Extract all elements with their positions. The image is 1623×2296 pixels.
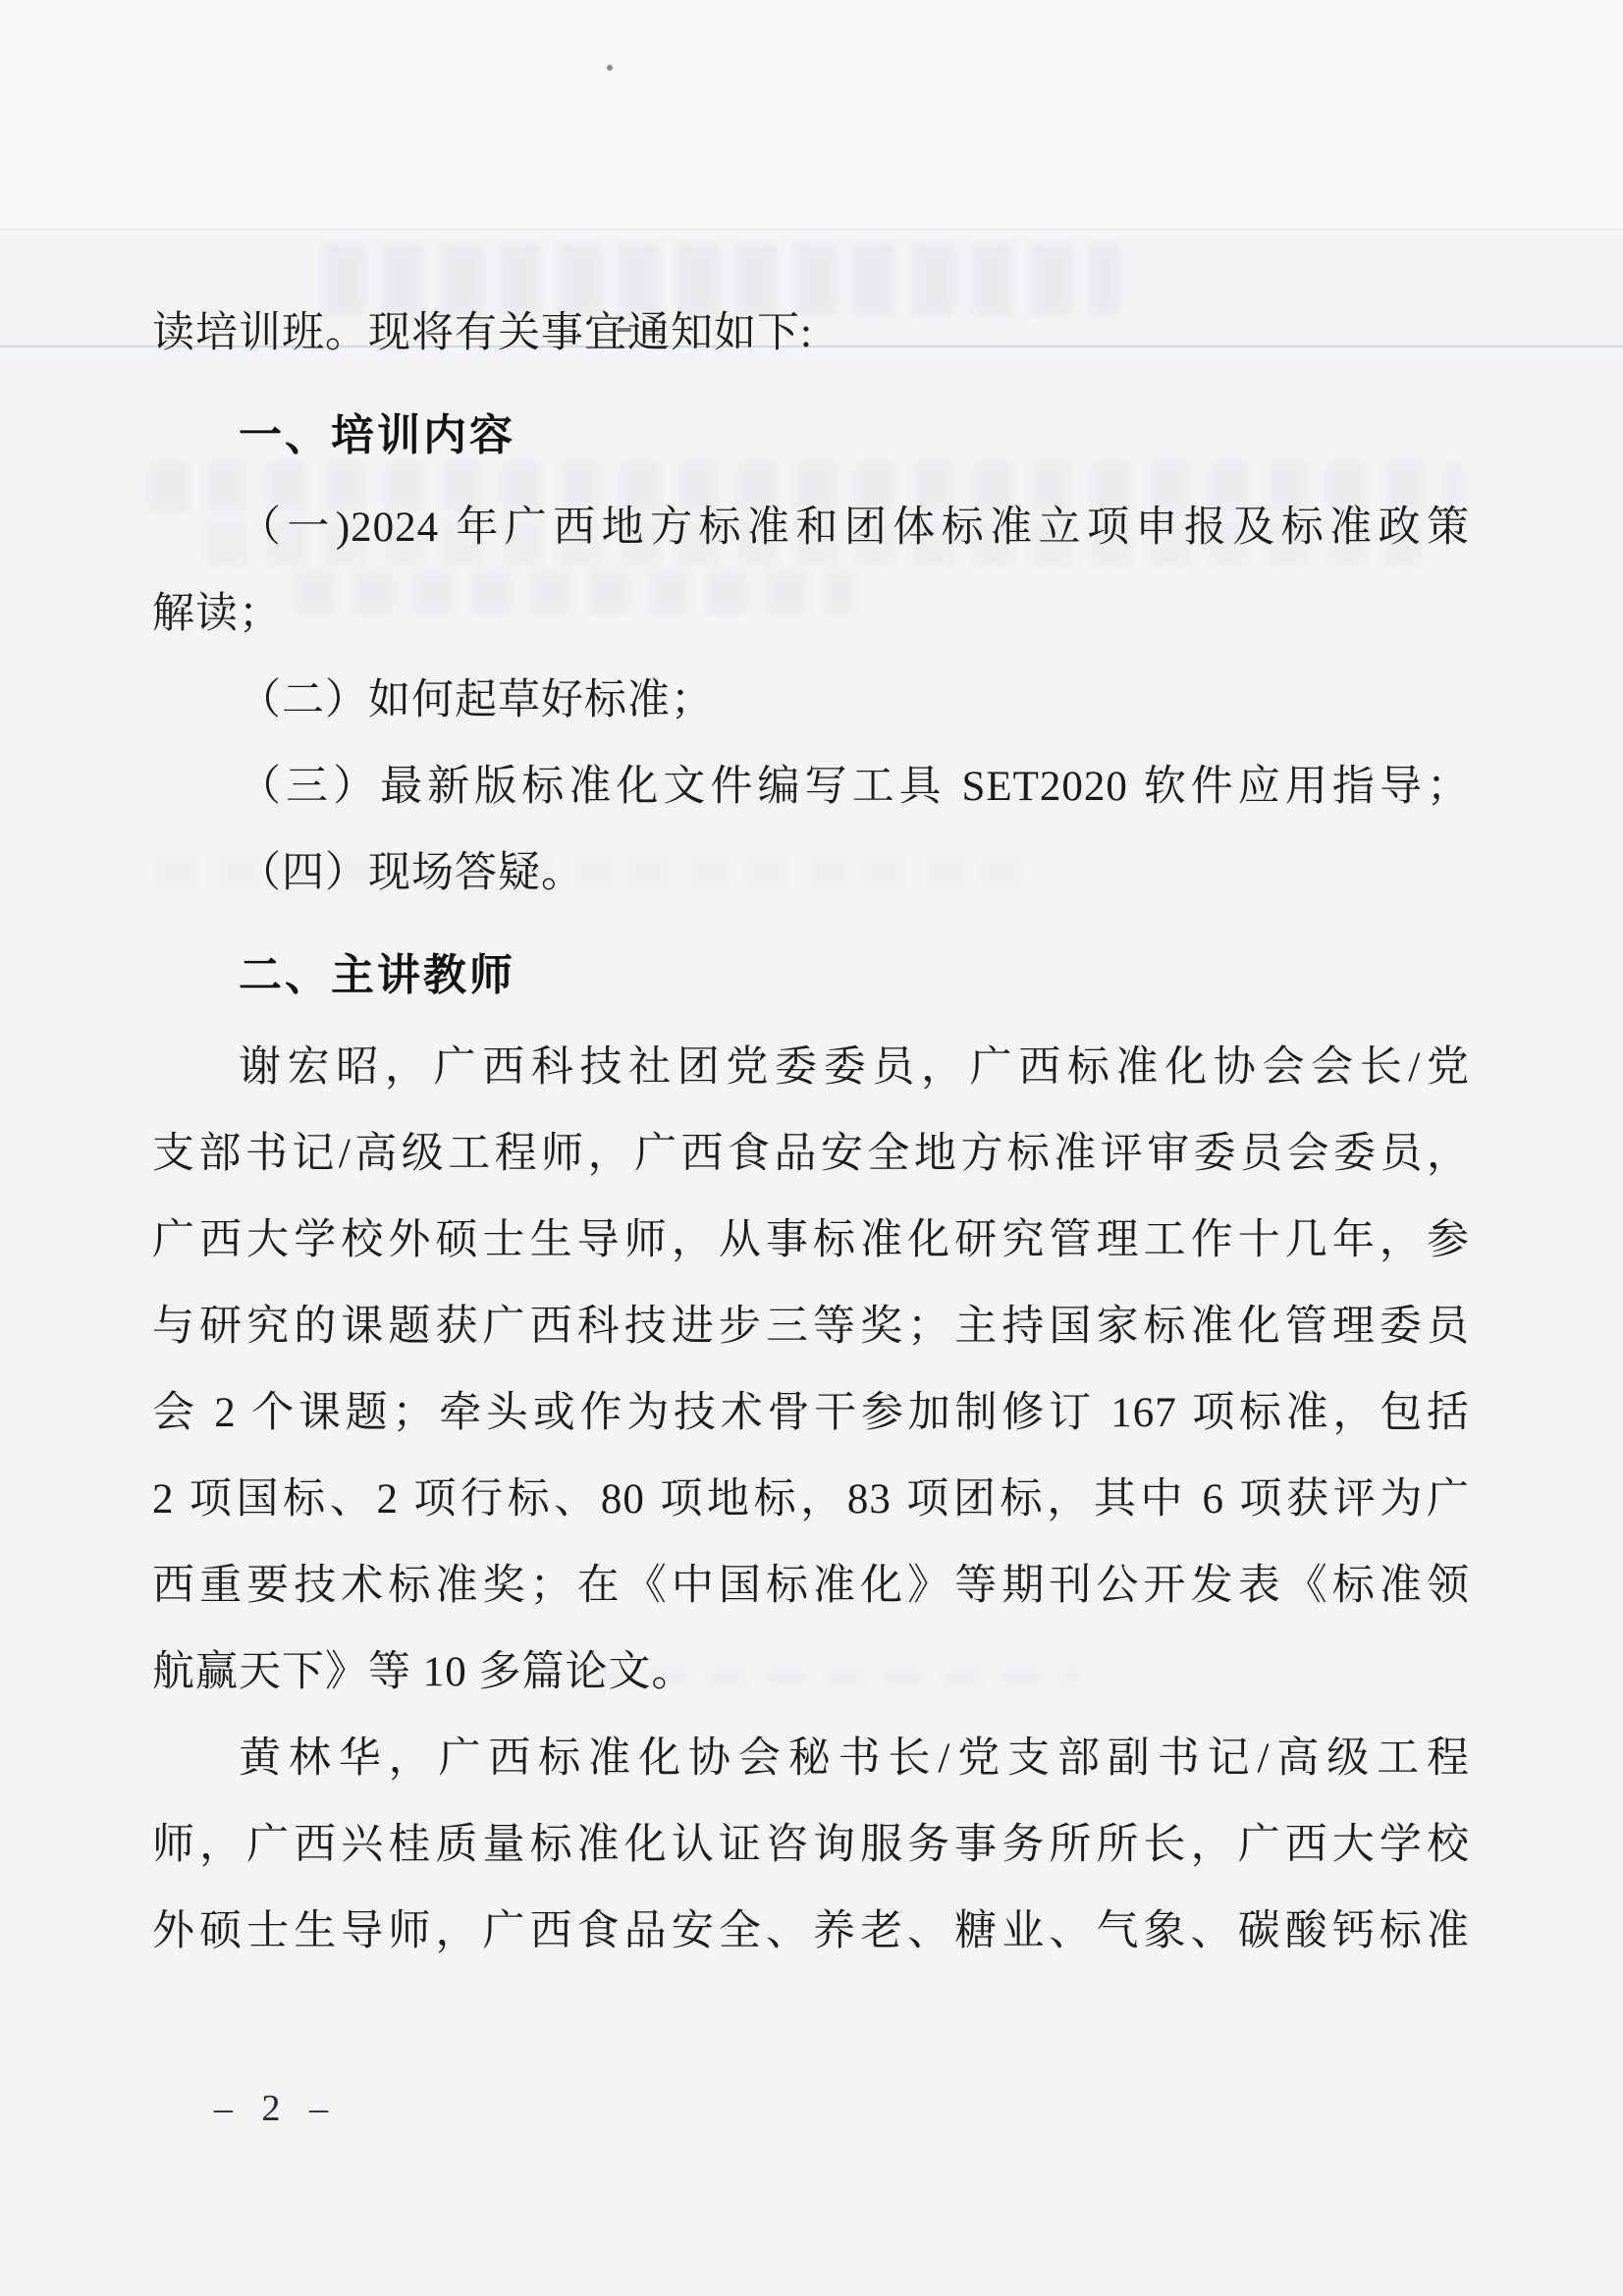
para-xie-line-8: 航赢天下》等 10 多篇论文。 <box>152 1629 1470 1716</box>
heading-lecturers: 二、主讲教师 <box>152 933 1470 1019</box>
para-huang-line-2: 师，广西兴桂质量标准化认证咨询服务事务所所长，广西大学校 <box>152 1802 1470 1889</box>
document-page: 读培训班。现将有关事宜通知如下:一、培训内容（一)2024 年广西地方标准和团体… <box>0 0 1623 2296</box>
para-xie-line-7: 西重要技术标准奖；在《中国标准化》等期刊公开发表《标准领 <box>152 1543 1470 1629</box>
item-4: （四）现场答疑。 <box>152 830 1470 917</box>
scanner-band <box>0 0 1623 230</box>
para-xie-line-3: 广西大学校外硕士生导师，从事标准化研究管理工作十几年，参 <box>152 1198 1470 1284</box>
intro-line: 读培训班。现将有关事宜通知如下: <box>152 291 1470 377</box>
item-3: （三）最新版标准化文件编写工具 SET2020 软件应用指导； <box>152 744 1470 830</box>
item-2: （二）如何起草好标准； <box>152 658 1470 744</box>
para-xie-line-6: 2 项国标、2 项行标、80 项地标，83 项团标，其中 6 项获评为广 <box>152 1457 1470 1543</box>
page-number: – 2 – <box>214 2087 338 2130</box>
para-huang-line-3: 外硕士生导师，广西食品安全、养老、糖业、气象、碳酸钙标准 <box>152 1889 1470 1975</box>
para-xie-line-4: 与研究的课题获广西科技进步三等奖；主持国家标准化管理委员 <box>152 1284 1470 1370</box>
scan-speck <box>607 65 613 71</box>
para-huang-line-1: 黄林华，广西标准化协会秘书长/党支部副书记/高级工程 <box>152 1716 1470 1802</box>
heading-training-content: 一、培训内容 <box>152 393 1470 479</box>
para-xie-line-1: 谢宏昭，广西科技社团党委委员，广西标准化协会会长/党 <box>152 1025 1470 1111</box>
document-body: 读培训班。现将有关事宜通知如下:一、培训内容（一)2024 年广西地方标准和团体… <box>152 291 1470 1975</box>
item-1-line-2: 解读； <box>152 571 1470 658</box>
para-xie-line-2: 支部书记/高级工程师，广西食品安全地方标准评审委员会委员， <box>152 1111 1470 1198</box>
para-xie-line-5: 会 2 个课题；牵头或作为技术骨干参加制修订 167 项标准，包括 <box>152 1370 1470 1457</box>
item-1-line-1: （一)2024 年广西地方标准和团体标准立项申报及标准政策 <box>152 485 1470 571</box>
